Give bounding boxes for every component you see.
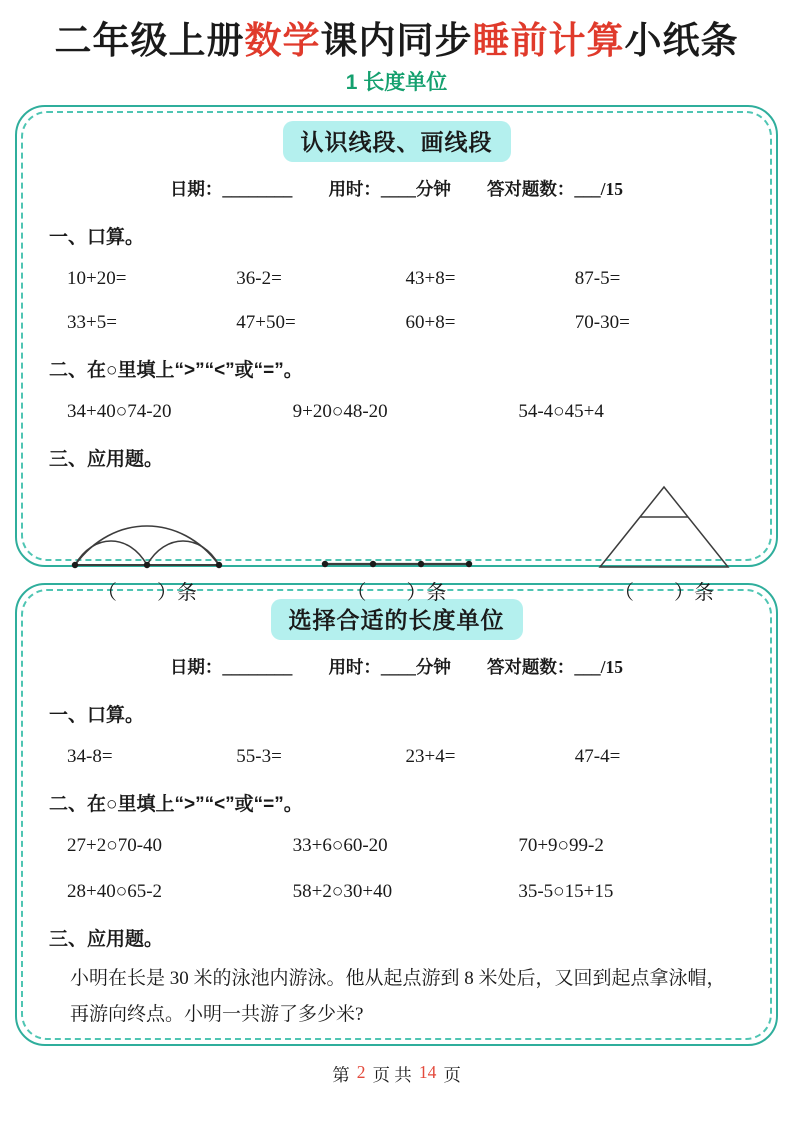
oral-problem: 87-5=: [575, 268, 744, 290]
compare-problem: 33+6○60-20: [293, 835, 519, 857]
oral-problem: 34-8=: [67, 746, 236, 768]
figure-arcs: （ ）条: [69, 507, 225, 605]
figure-caption: （ ）条: [614, 576, 714, 605]
double-arcs-over-segment-figure: [69, 507, 225, 573]
title-segment: 小纸条: [625, 21, 739, 62]
oral-problem: 55-3=: [236, 746, 405, 768]
worksheet-page: 二年级上册数学课内同步睡前计算小纸条 1 长度单位 认识线段、画线段 日期：__…: [0, 0, 793, 1122]
oral-problem: 43+8=: [406, 268, 575, 290]
compare-problem: 35-5○15+15: [518, 881, 744, 903]
score-blank: 答对题数：___/15: [487, 176, 623, 201]
figure-caption: （ ）条: [97, 576, 197, 605]
compare-problem: 58+2○30+40: [293, 881, 519, 903]
figure-triangle: （ ）条: [590, 481, 738, 605]
word-problem-text: 小明在长是 30 米的泳池内游泳。他从起点游到 8 米处后，又回到起点拿泳帽，再…: [49, 961, 744, 1033]
footer-label: 页: [443, 1062, 461, 1087]
total-page-number: 14: [419, 1062, 437, 1087]
compare-problem: 34+40○74-20: [67, 401, 293, 423]
chapter-subtitle: 1 长度单位: [15, 66, 778, 96]
title-segment: 课内同步: [321, 21, 473, 62]
worksheet-card-2-inner: 选择合适的长度单位 日期：________ 用时：____分钟 答对题数：___…: [21, 589, 772, 1040]
time-blank: 用时：____分钟: [328, 654, 451, 679]
section-title-1: 认识线段、画线段: [283, 121, 511, 162]
part1-heading: 一、口算。: [49, 222, 744, 249]
current-page-number: 2: [357, 1062, 366, 1087]
oral-problem-grid-2: 34-8= 55-3= 23+4= 47-4=: [49, 746, 744, 768]
part2-heading: 二、在○里填上“>”“<”或“=”。: [49, 789, 744, 816]
compare-problem: 70+9○99-2: [518, 835, 744, 857]
time-blank: 用时：____分钟: [328, 176, 451, 201]
part2-heading: 二、在○里填上“>”“<”或“=”。: [49, 355, 744, 382]
part1-heading: 一、口算。: [49, 700, 744, 727]
date-blank: 日期：________: [170, 654, 293, 679]
page-title: 二年级上册数学课内同步睡前计算小纸条: [15, 20, 778, 64]
compare-problem: 28+40○65-2: [67, 881, 293, 903]
triangle-with-crossline-figure: [590, 481, 738, 573]
title-segment-highlight: 睡前计算: [473, 21, 625, 62]
meta-row-2: 日期：________ 用时：____分钟 答对题数：___/15: [49, 654, 744, 679]
worksheet-card-1: 认识线段、画线段 日期：________ 用时：____分钟 答对题数：___/…: [15, 105, 778, 567]
oral-problem: 70-30=: [575, 312, 744, 334]
footer-label: 第: [332, 1062, 350, 1087]
oral-problem-grid-1: 10+20= 36-2= 43+8= 87-5= 33+5= 47+50= 60…: [49, 268, 744, 334]
oral-problem: 60+8=: [406, 312, 575, 334]
meta-row-1: 日期：________ 用时：____分钟 答对题数：___/15: [49, 176, 744, 201]
worksheet-card-1-inner: 认识线段、画线段 日期：________ 用时：____分钟 答对题数：___/…: [21, 111, 772, 561]
title-segment: 二年级上册: [55, 21, 245, 62]
date-blank: 日期：________: [170, 176, 293, 201]
figure-segment: （ ）条: [319, 555, 475, 605]
compare-problem-grid-1: 34+40○74-20 9+20○48-20 54-4○45+4: [49, 401, 744, 423]
oral-problem: 36-2=: [236, 268, 405, 290]
part3-heading: 三、应用题。: [49, 924, 744, 951]
title-segment-highlight: 数学: [245, 21, 321, 62]
score-blank: 答对题数：___/15: [487, 654, 623, 679]
compare-problem: 54-4○45+4: [518, 401, 744, 423]
oral-problem: 10+20=: [67, 268, 236, 290]
oral-problem: 47+50=: [236, 312, 405, 334]
compare-problem: 27+2○70-40: [67, 835, 293, 857]
compare-problem-grid-2: 27+2○70-40 33+6○60-20 70+9○99-2 28+40○65…: [49, 835, 744, 903]
oral-problem: 33+5=: [67, 312, 236, 334]
worksheet-card-2: 选择合适的长度单位 日期：________ 用时：____分钟 答对题数：___…: [15, 583, 778, 1046]
part3-heading: 三、应用题。: [49, 444, 744, 471]
figure-caption: （ ）条: [347, 576, 447, 605]
section-title-2: 选择合适的长度单位: [271, 599, 523, 640]
segment-with-four-points-figure: [319, 555, 475, 573]
footer-label: 页 共: [372, 1062, 411, 1087]
figure-row: （ ）条 （ ）条: [49, 481, 744, 605]
oral-problem: 47-4=: [575, 746, 744, 768]
page-footer: 第 2 页 共 14 页: [15, 1062, 778, 1087]
oral-problem: 23+4=: [406, 746, 575, 768]
compare-problem: 9+20○48-20: [293, 401, 519, 423]
